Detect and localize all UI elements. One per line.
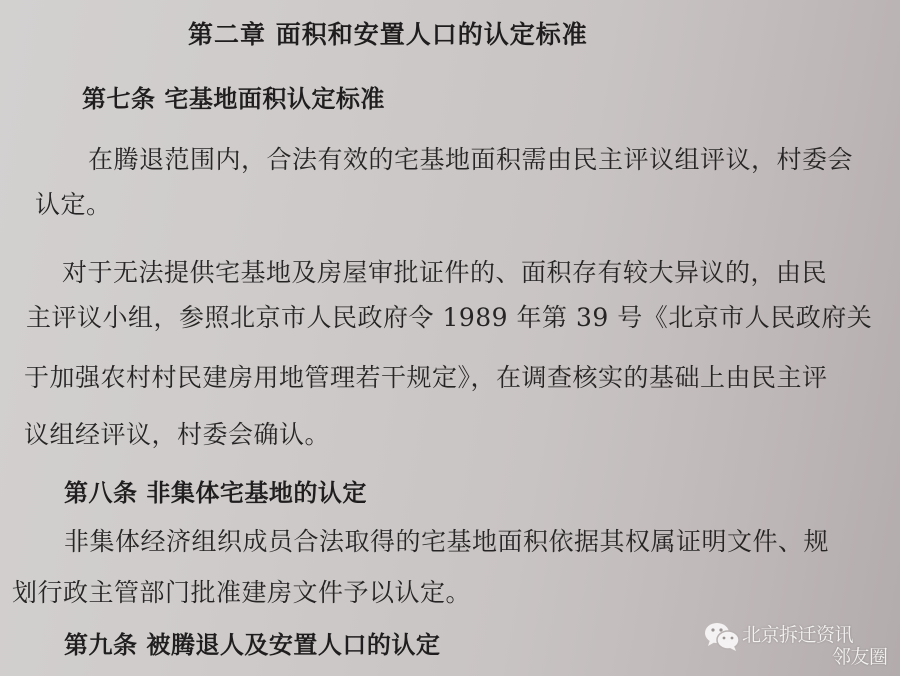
watermark: 北京拆迁资讯 邻友圈 [700, 618, 900, 676]
article-8-paragraph-line-1: 非集体经济组织成员合法取得的宅基地面积依据其权属证明文件、规 [64, 527, 829, 557]
article-7-paragraph-2-line-1: 对于无法提供宅基地及房屋审批证件的、面积存有较大异议的，由民 [62, 258, 827, 288]
article-9-heading: 第九条 被腾退人及安置人口的认定 [64, 630, 440, 660]
article-7-paragraph-2-line-4: 议组经评议，村委会确认。 [24, 420, 330, 450]
watermark-subtitle: 邻友圈 [832, 642, 888, 669]
article-8-paragraph-line-2: 划行政主管部门批准建房文件予以认定。 [12, 578, 471, 608]
article-7-heading: 第七条 宅基地面积认定标准 [82, 84, 385, 114]
article-7-paragraph-2-line-3: 于加强农村村民建房用地管理若干规定》，在调查核实的基础上由民主评 [24, 363, 828, 393]
document-page: 第二章 面积和安置人口的认定标准 第七条 宅基地面积认定标准 在腾退范围内，合法… [0, 0, 900, 676]
article-7-paragraph-1-line-1: 在腾退范围内，合法有效的宅基地面积需由民主评议组评议，村委会 [88, 145, 853, 175]
article-7-paragraph-1-line-2: 认定。 [35, 190, 112, 220]
article-7-paragraph-2-line-2: 主评议小组，参照北京市人民政府令 1989 年第 39 号《北京市人民政府关 [26, 303, 872, 333]
wechat-icon [704, 622, 740, 652]
chapter-title: 第二章 面积和安置人口的认定标准 [188, 20, 588, 50]
article-8-heading: 第八条 非集体宅基地的认定 [64, 478, 367, 508]
